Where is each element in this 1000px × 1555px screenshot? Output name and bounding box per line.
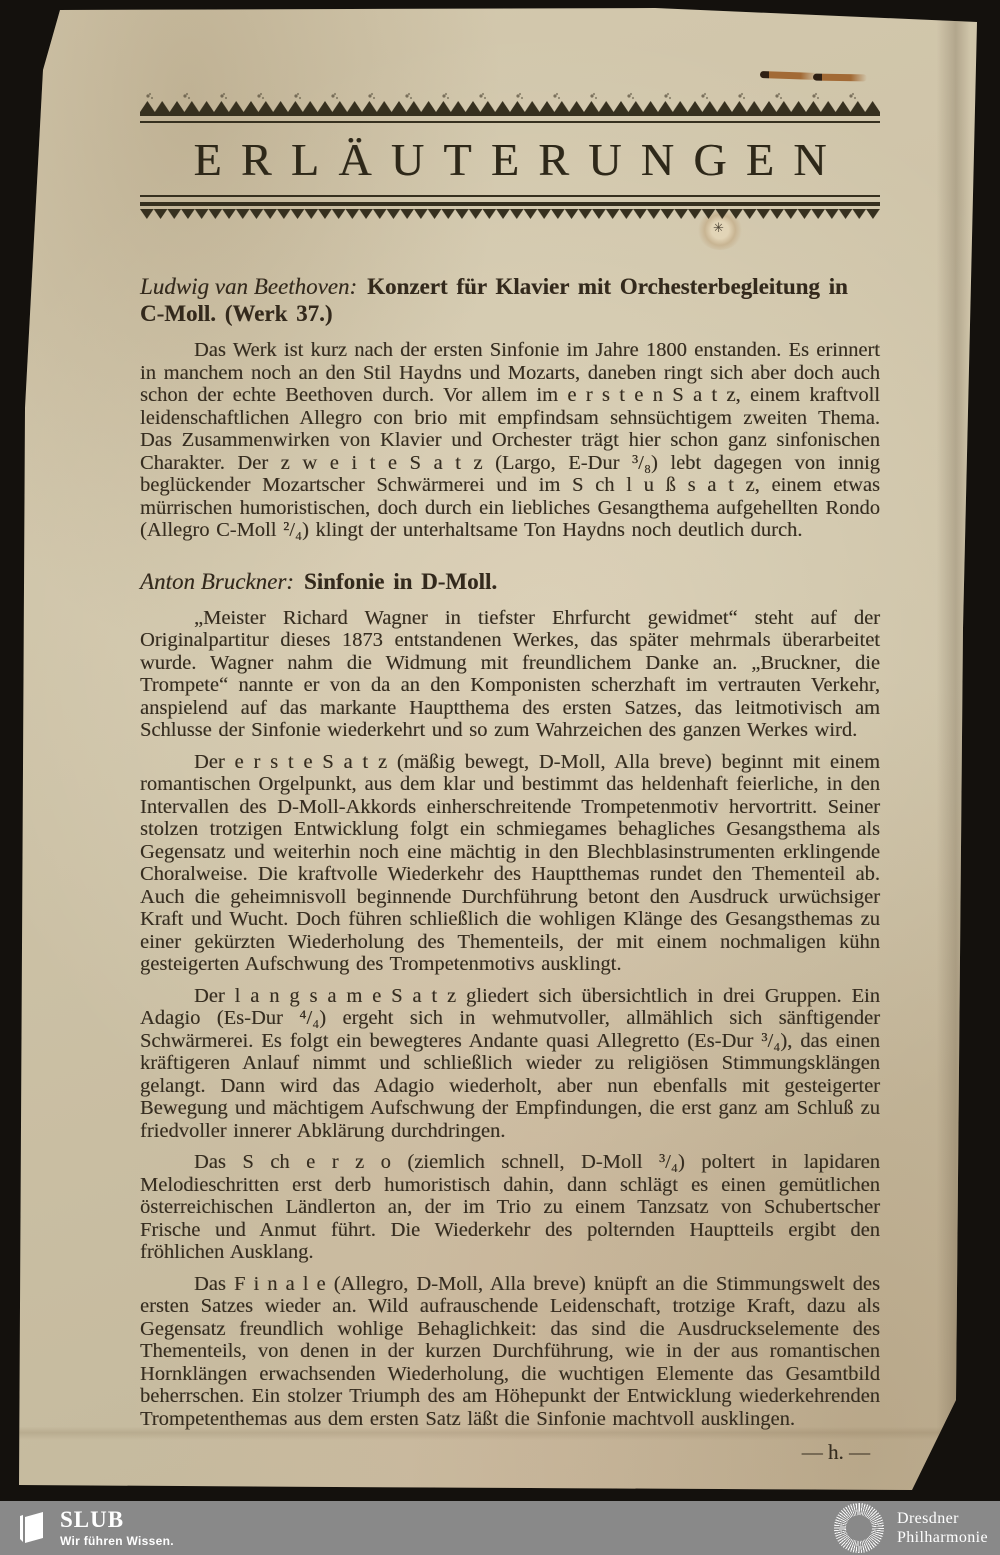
composer-name: Ludwig van Beethoven: xyxy=(140,274,357,299)
section-heading-bruckner: Anton Bruckner:Sinfonie in D-Moll. xyxy=(140,568,880,595)
book-icon xyxy=(18,1511,46,1545)
ornament-sawtooth-bottom xyxy=(140,209,880,219)
slub-wordmark: SLUB xyxy=(60,1509,174,1531)
paragraph: Das Werk ist kurz nach der ersten Sinfon… xyxy=(140,339,880,542)
composer-name: Anton Bruckner: xyxy=(140,569,294,594)
dresdner-philharmonie-logo: Dresdner Philharmonie xyxy=(834,1503,1000,1553)
author-signature: — h. — xyxy=(140,1440,880,1465)
document-title: ERLÄUTERUNGEN xyxy=(140,123,880,195)
paragraph: Der e r s t e S a t z (mäßig bewegt, D-M… xyxy=(140,751,880,976)
footer-bar: SLUB Wir führen Wissen. Dresdner Philhar… xyxy=(0,1501,1000,1555)
paragraph: Der l a n g s a m e S a t z gliedert sic… xyxy=(140,985,880,1143)
ornament-sprigs xyxy=(140,92,880,101)
partner-name-line1: Dresdner xyxy=(897,1509,988,1528)
paragraph: Das S ch e r z o (ziemlich schnell, D-Mo… xyxy=(140,1151,880,1264)
viewer-canvas: ERLÄUTERUNGEN Ludwig van Beethoven:Konze… xyxy=(0,0,1000,1555)
page-content: ERLÄUTERUNGEN Ludwig van Beethoven:Konze… xyxy=(140,8,880,1465)
paragraph: „Meister Richard Wagner in tiefster Ehrf… xyxy=(140,607,880,742)
paragraph: Das F i n a l e (Allegro, D-Moll, Alla b… xyxy=(140,1273,880,1431)
partner-name-line2: Philharmonie xyxy=(897,1528,988,1547)
ornament-sawtooth-top xyxy=(140,101,880,112)
slub-tagline: Wir führen Wissen. xyxy=(60,1534,174,1548)
slub-logo: SLUB Wir führen Wissen. xyxy=(0,1509,174,1548)
sunburst-icon xyxy=(834,1503,884,1553)
work-title: Sinfonie in D-Moll. xyxy=(304,569,497,594)
scanned-page: ERLÄUTERUNGEN Ludwig van Beethoven:Konze… xyxy=(15,8,980,1492)
masthead: ERLÄUTERUNGEN xyxy=(140,92,880,219)
section-heading-beethoven: Ludwig van Beethoven:Konzert für Klavier… xyxy=(140,273,880,327)
